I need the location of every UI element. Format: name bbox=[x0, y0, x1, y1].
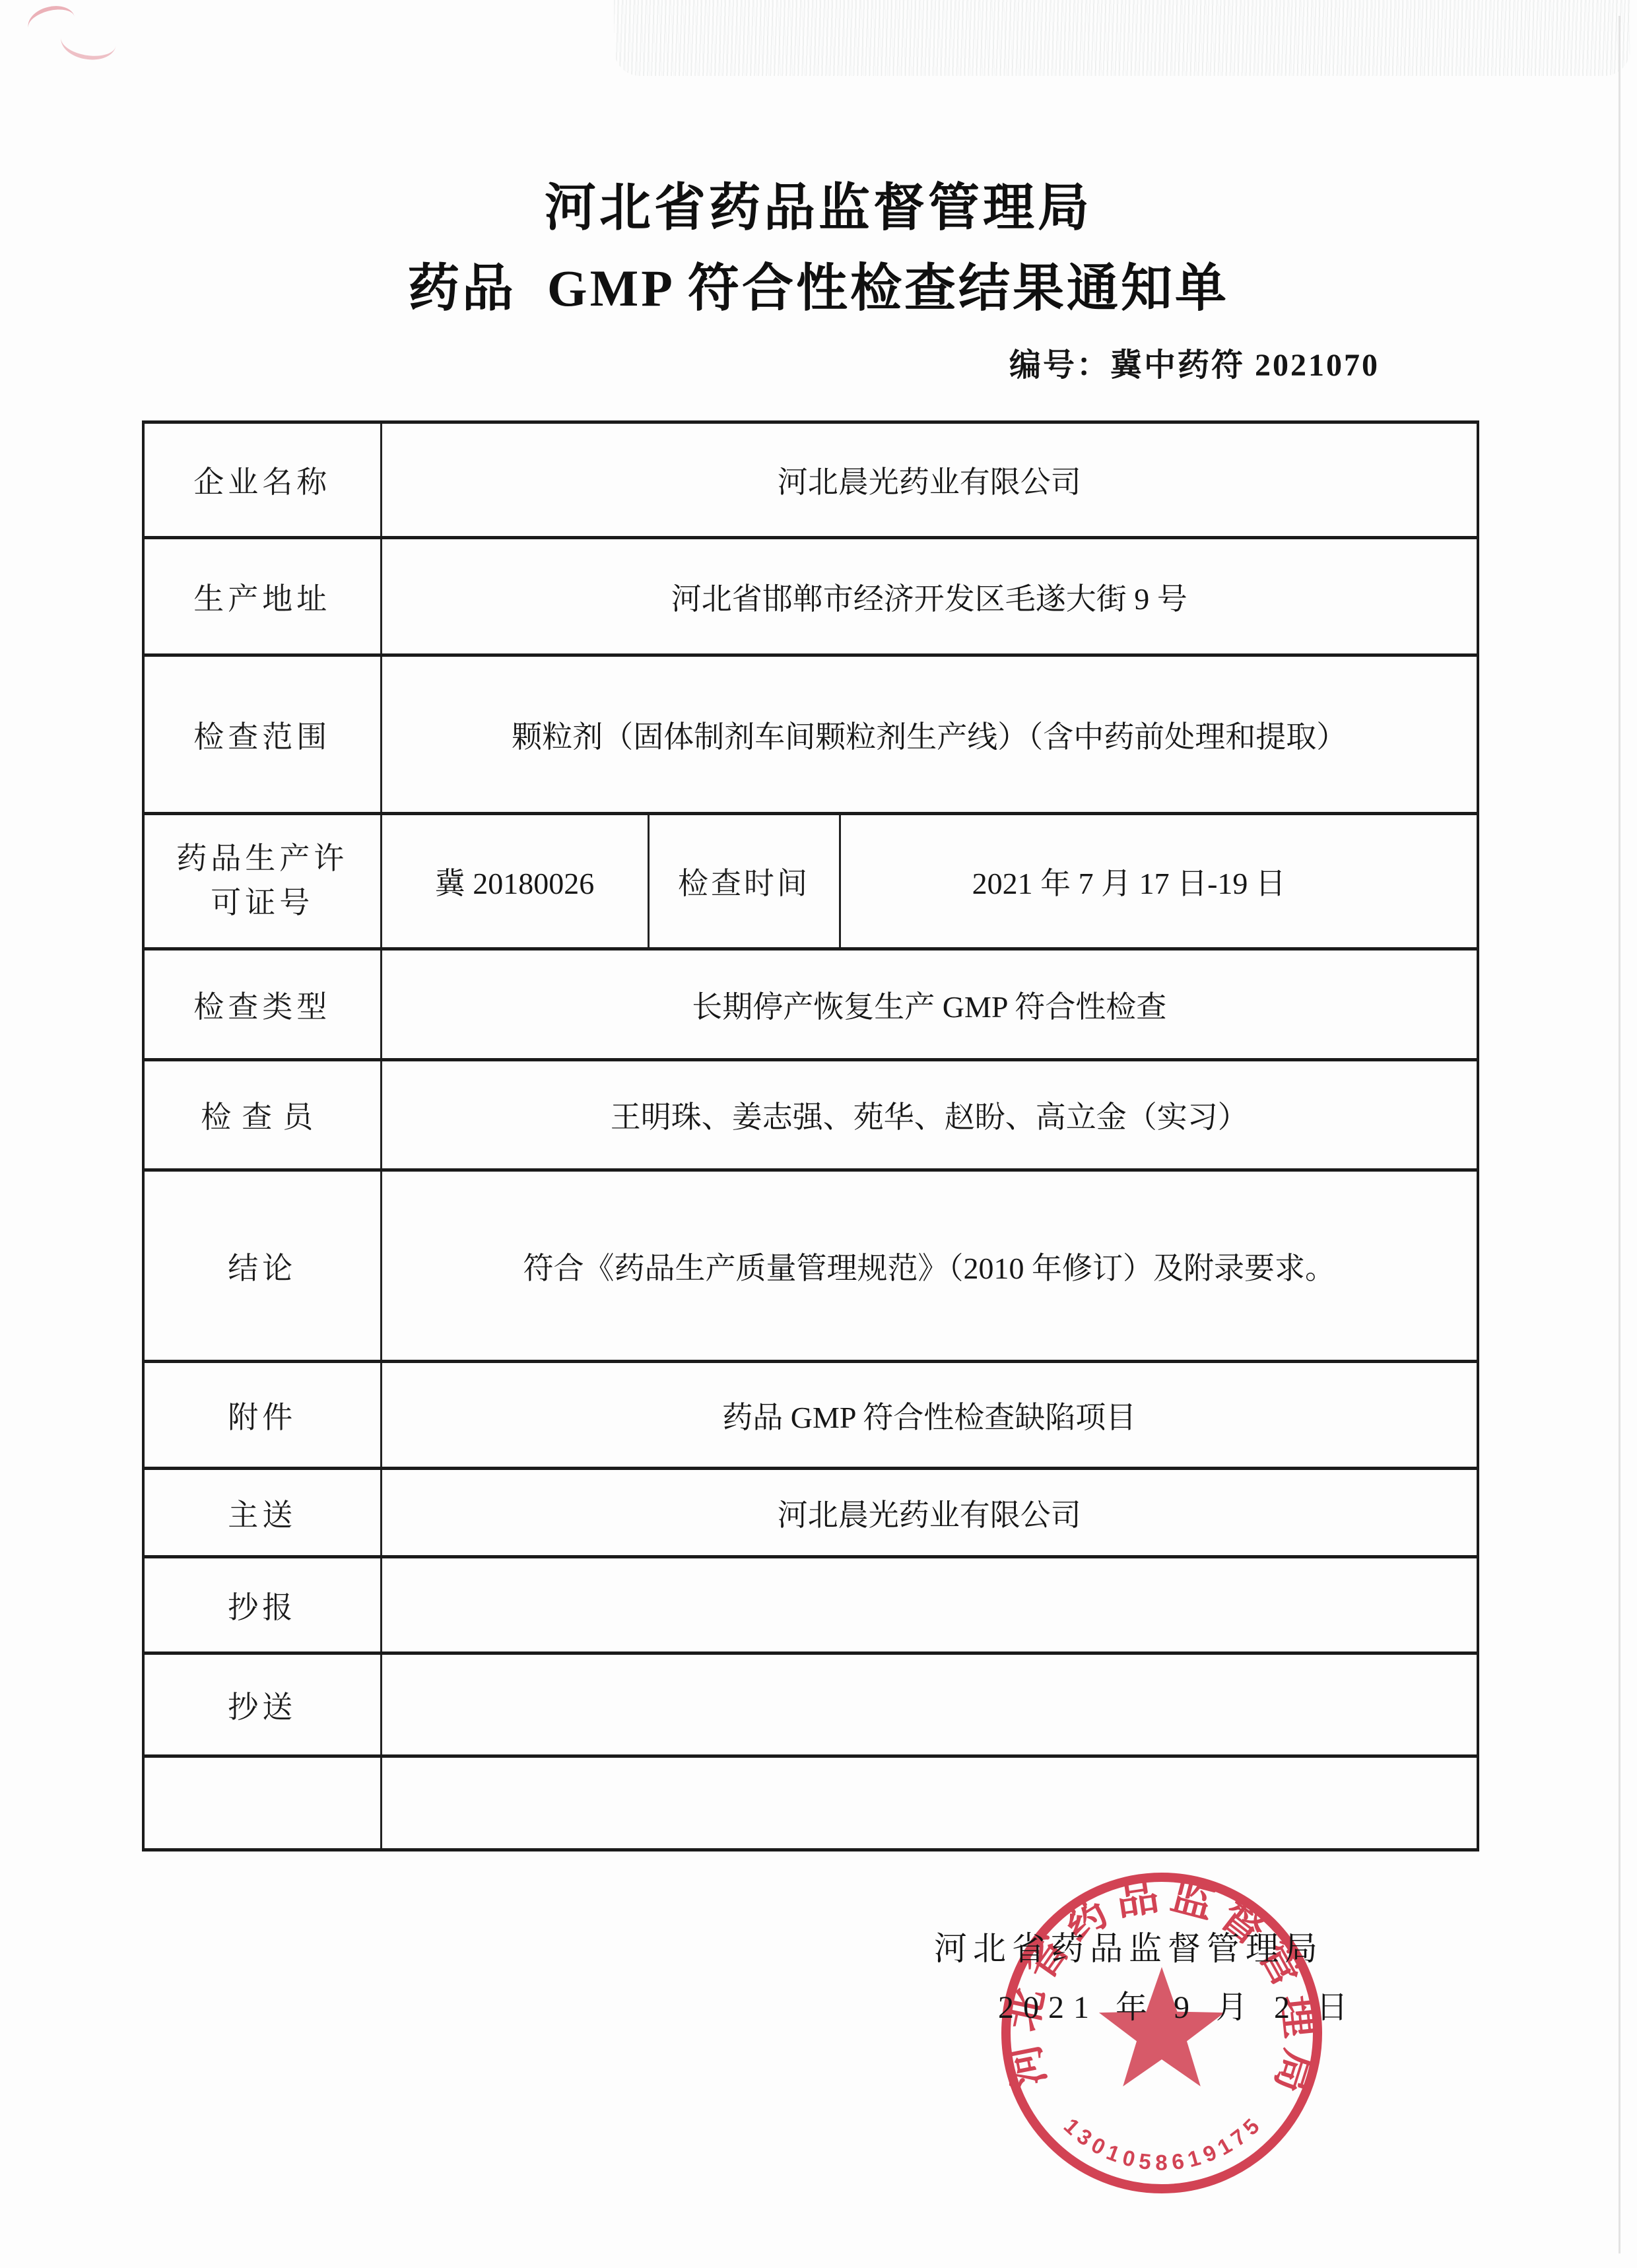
official-seal: 河北省药品监督管理局 1301058619175 bbox=[997, 1868, 1327, 2198]
inspection-time-value-cell: 2021 年 7 月 17 日-19 日 bbox=[840, 814, 1478, 949]
license-label-line2: 可证号 bbox=[145, 881, 380, 925]
row-value-cell: 符合《药品生产质量管理规范》（2010 年修订）及附录要求。 bbox=[381, 1170, 1478, 1362]
row-value-cell: 河北晨光药业有限公司 bbox=[381, 1469, 1478, 1557]
inspection-time-label-cell: 检查时间 bbox=[648, 814, 840, 949]
row-value-cell: 长期停产恢复生产 GMP 符合性检查 bbox=[381, 949, 1478, 1060]
row-value-cell bbox=[381, 1756, 1478, 1850]
row-label-cell: 生产地址 bbox=[143, 538, 381, 655]
row-value-cell bbox=[381, 1653, 1478, 1756]
table-row bbox=[143, 1756, 1478, 1850]
doc-number-label: 编号： bbox=[1009, 348, 1110, 383]
table-row: 主送 河北晨光药业有限公司 bbox=[143, 1469, 1478, 1557]
license-label-line1: 药品生产许 bbox=[145, 837, 380, 881]
row-value-cell: 河北晨光药业有限公司 bbox=[381, 422, 1478, 538]
row-label-cell: 抄报 bbox=[143, 1557, 381, 1653]
scan-noise-band bbox=[614, 0, 1630, 76]
row-label-cell: 检查范围 bbox=[143, 655, 381, 814]
license-number-cell: 冀 20180026 bbox=[381, 814, 648, 949]
row-label-cell: 结论 bbox=[143, 1170, 381, 1362]
table-row: 抄送 bbox=[143, 1653, 1478, 1756]
table-row: 检查员 王明珠、姜志强、苑华、赵盼、高立金（实习） bbox=[143, 1060, 1478, 1170]
row-value-cell: 颗粒剂（固体制剂车间颗粒剂生产线）（含中药前处理和提取） bbox=[381, 655, 1478, 814]
table-row: 药品生产许 可证号 冀 20180026 检查时间 2021 年 7 月 17 … bbox=[143, 814, 1478, 949]
page-title-line2: 药品 GMP 符合性检查结果通知单 bbox=[0, 247, 1637, 321]
signature-date: 2021 年 9 月 2 日 bbox=[998, 1982, 1357, 2027]
page-title-line1: 河北省药品监督管理局 bbox=[0, 166, 1637, 240]
table-row: 抄报 bbox=[143, 1557, 1478, 1653]
table-row: 结论 符合《药品生产质量管理规范》（2010 年修订）及附录要求。 bbox=[143, 1170, 1478, 1362]
table-row: 企业名称 河北晨光药业有限公司 bbox=[143, 422, 1478, 538]
row-label-cell: 主送 bbox=[143, 1469, 381, 1557]
inspection-result-table: 企业名称 河北晨光药业有限公司 生产地址 河北省邯郸市经济开发区毛遂大街 9 号… bbox=[142, 420, 1479, 1851]
doc-number: 编号：冀中药符 2021070 bbox=[1009, 339, 1380, 385]
row-label-cell: 检查类型 bbox=[143, 949, 381, 1060]
row-value-cell: 王明珠、姜志强、苑华、赵盼、高立金（实习） bbox=[381, 1060, 1478, 1170]
table-row: 生产地址 河北省邯郸市经济开发区毛遂大街 9 号 bbox=[143, 538, 1478, 655]
scan-edge-line bbox=[1619, 16, 1620, 2253]
row-label-cell: 抄送 bbox=[143, 1653, 381, 1756]
row-value-cell: 药品 GMP 符合性检查缺陷项目 bbox=[381, 1362, 1478, 1469]
doc-number-value: 冀中药符 2021070 bbox=[1110, 348, 1380, 383]
row-label-cell: 附件 bbox=[143, 1362, 381, 1469]
table-row: 检查范围 颗粒剂（固体制剂车间颗粒剂生产线）（含中药前处理和提取） bbox=[143, 655, 1478, 814]
scanned-document-page: 河北省药品监督管理局 药品 GMP 符合性检查结果通知单 编号：冀中药符 202… bbox=[0, 0, 1637, 2268]
row-label-cell: 检查员 bbox=[143, 1060, 381, 1170]
row-label-cell: 药品生产许 可证号 bbox=[143, 814, 381, 949]
table-row: 检查类型 长期停产恢复生产 GMP 符合性检查 bbox=[143, 949, 1478, 1060]
table-row: 附件 药品 GMP 符合性检查缺陷项目 bbox=[143, 1362, 1478, 1469]
row-label-cell: 企业名称 bbox=[143, 422, 381, 538]
row-value-cell bbox=[381, 1557, 1478, 1653]
row-label-cell bbox=[143, 1756, 381, 1850]
row-value-cell: 河北省邯郸市经济开发区毛遂大街 9 号 bbox=[381, 538, 1478, 655]
signature-issuer: 河北省药品监督管理局 bbox=[934, 1922, 1323, 1970]
